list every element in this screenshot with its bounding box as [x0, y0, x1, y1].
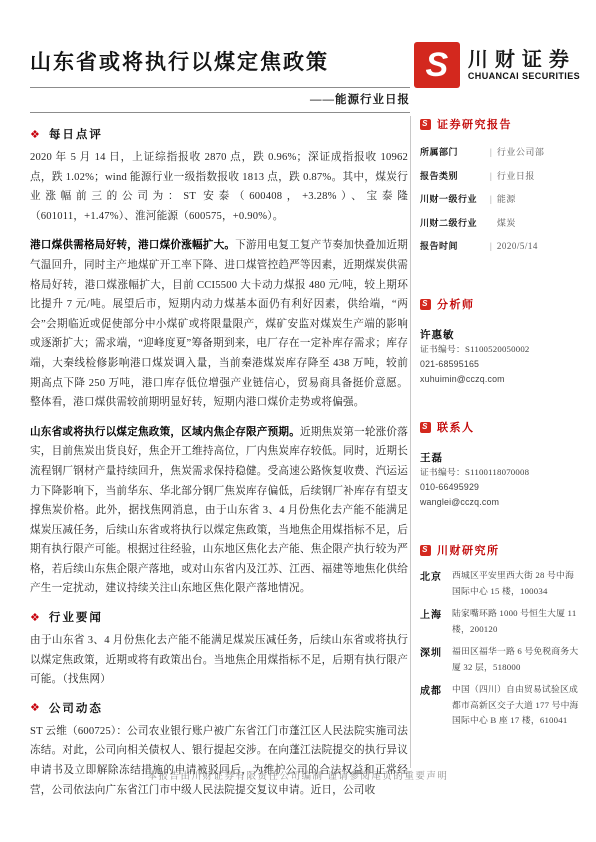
meta-value: 行业公司部 — [497, 145, 545, 158]
paragraph: 由于山东省 3、4 月份焦化去产能不能满足煤炭压减任务，后续山东省或将执行以煤定… — [30, 631, 408, 690]
meta-label: 川财二级行业 — [420, 216, 490, 229]
analyst-phone: 021-68595165 — [420, 357, 582, 372]
sidebar-badge-heading: S 证券研究报告 — [420, 116, 582, 132]
analyst-email: xuhuimin@cczq.com — [420, 372, 582, 387]
analyst-cert: 证书编号：S1100520050002 — [420, 342, 582, 357]
meta-row: 报告时间 | 2020/5/14 — [420, 239, 582, 252]
chuancai-mini-logo-icon: S — [420, 545, 431, 556]
main-content-column: ❖ 每日点评 2020 年 5 月 14 日，上证综指报收 2870 点，跌 0… — [30, 116, 408, 810]
contact-name: 王磊 — [420, 450, 582, 465]
report-page: 山东省或将执行以煤定焦政策 S 川财证券 CHUANCAI SECURITIES… — [0, 0, 596, 842]
paragraph-text: 下游用电复工复产节奏加快叠加近期气温回升，同时主产地煤矿开工率下降、进口煤管控趋… — [30, 240, 408, 408]
meta-value: 能源 — [497, 192, 516, 205]
brand-logo: S 川财证券 CHUANCAI SECURITIES — [414, 42, 580, 88]
report-section: ❖ 公司动态 ST 云维（600725）：公司农业银行账户被广东省江门市蓬江区人… — [30, 700, 408, 800]
page-title: 山东省或将执行以煤定焦政策 — [30, 46, 329, 76]
meta-value: 行业日报 — [497, 169, 535, 182]
section-heading: ❖ 每日点评 — [30, 126, 408, 142]
contact-card: 王磊 证书编号：S1100118070008 010-66495929 wang… — [420, 450, 582, 510]
meta-divider: | — [490, 147, 492, 157]
section-heading-label: 行业要闻 — [49, 609, 103, 625]
office-row: 深圳 福田区福华一路 6 号免税商务大厦 32 层，518000 — [420, 644, 582, 675]
contact-heading: S 联系人 — [420, 419, 582, 435]
meta-value: 2020/5/14 — [497, 241, 538, 251]
contact-heading-label: 联系人 — [437, 419, 475, 435]
paragraph: 港口煤供需格局好转，港口煤价涨幅扩大。下游用电复工复产节奏加快叠加近期气温回升，… — [30, 236, 408, 412]
contact-list: 王磊 证书编号：S1100118070008 010-66495929 wang… — [420, 450, 582, 510]
office-address: 中国（四川）自由贸易试验区成都市高新区交子大道 177 号中海国际中心 B 座 … — [452, 682, 582, 729]
analyst-card: 许惠敏 证书编号：S1100520050002 021-68595165 xuh… — [420, 327, 582, 387]
header-rule-top — [30, 87, 410, 88]
office-row: 北京 西城区平安里西大街 28 号中海国际中心 15 楼，100034 — [420, 568, 582, 599]
report-section: ❖ 行业要闻 由于山东省 3、4 月份焦化去产能不能满足煤炭压减任务，后续山东省… — [30, 609, 408, 690]
footer-disclaimer: 本报告由川财证券有限责任公司编制 谨请参阅尾页的重要声明 — [0, 768, 596, 782]
office-city: 北京 — [420, 568, 452, 599]
office-list: 北京 西城区平安里西大街 28 号中海国际中心 15 楼，100034 上海 陆… — [420, 568, 582, 729]
office-address: 西城区平安里西大街 28 号中海国际中心 15 楼，100034 — [452, 568, 582, 599]
column-divider — [410, 116, 411, 768]
paragraph-text: 由于山东省 3、4 月份焦化去产能不能满足煤炭压减任务，后续山东省或将执行以煤定… — [30, 635, 408, 685]
chuancai-mini-logo-icon: S — [420, 119, 431, 130]
contact-phone: 010-66495929 — [420, 480, 582, 495]
paragraph-lead: 港口煤供需格局好转，港口煤价涨幅扩大。 — [30, 240, 235, 251]
office-city: 上海 — [420, 606, 452, 637]
chuancai-mini-logo-icon: S — [420, 299, 431, 310]
meta-divider: | — [490, 241, 492, 251]
meta-divider: | — [490, 194, 492, 204]
paragraph-text: 2020 年 5 月 14 日，上证综指报收 2870 点，跌 0.96%；深证… — [30, 152, 408, 222]
office-city: 成都 — [420, 682, 452, 729]
chuancai-logo-icon: S — [414, 42, 460, 88]
paragraph-text: ST 云维（600725）：公司农业银行账户被广东省江门市蓬江区人民法院实施司法… — [30, 726, 408, 796]
brand-name-cn: 川财证券 — [468, 49, 580, 71]
paragraph: 2020 年 5 月 14 日，上证综指报收 2870 点，跌 0.96%；深证… — [30, 148, 408, 226]
meta-label: 所属部门 — [420, 145, 490, 158]
meta-row: 川财一级行业 | 能源 — [420, 192, 582, 205]
sidebar: S 证券研究报告 所属部门 | 行业公司部 报告类别 | 行业日报 川财一级行业 — [420, 116, 582, 736]
report-section: ❖ 每日点评 2020 年 5 月 14 日，上证综指报收 2870 点，跌 0… — [30, 126, 408, 599]
office-address: 陆家嘴环路 1000 号恒生大厦 11 楼，200120 — [452, 606, 582, 637]
office-address: 福田区福华一路 6 号免税商务大厦 32 层，518000 — [452, 644, 582, 675]
section-heading: ❖ 行业要闻 — [30, 609, 408, 625]
meta-divider: | — [490, 171, 492, 181]
section-heading: ❖ 公司动态 — [30, 700, 408, 716]
research-office-heading: S 川财研究所 — [420, 542, 582, 558]
report-meta-list: 所属部门 | 行业公司部 报告类别 | 行业日报 川财一级行业 | 能源 — [420, 145, 582, 252]
badge-label: 证券研究报告 — [437, 116, 512, 132]
diamond-bullet-icon: ❖ — [30, 129, 40, 140]
header-rule-bottom — [30, 112, 410, 113]
chuancai-mini-logo-icon: S — [420, 422, 431, 433]
contact-email: wanglei@cczq.com — [420, 495, 582, 510]
paragraph: 山东省或将执行以煤定焦政策，区域内焦企存限产预期。近期焦炭第一轮涨价落实，目前焦… — [30, 423, 408, 599]
office-row: 成都 中国（四川）自由贸易试验区成都市高新区交子大道 177 号中海国际中心 B… — [420, 682, 582, 729]
section-body: 2020 年 5 月 14 日，上证综指报收 2870 点，跌 0.96%；深证… — [30, 148, 408, 599]
meta-value: 煤炭 — [497, 216, 516, 229]
office-row: 上海 陆家嘴环路 1000 号恒生大厦 11 楼，200120 — [420, 606, 582, 637]
meta-row: 所属部门 | 行业公司部 — [420, 145, 582, 158]
research-office-heading-label: 川财研究所 — [437, 542, 500, 558]
paragraph: ST 云维（600725）：公司农业银行账户被广东省江门市蓬江区人民法院实施司法… — [30, 722, 408, 800]
analyst-heading: S 分析师 — [420, 296, 582, 312]
section-body: 由于山东省 3、4 月份焦化去产能不能满足煤炭压减任务，后续山东省或将执行以煤定… — [30, 631, 408, 690]
brand-text: 川财证券 CHUANCAI SECURITIES — [468, 49, 580, 81]
meta-label: 报告时间 — [420, 239, 490, 252]
contact-cert: 证书编号：S1100118070008 — [420, 465, 582, 480]
analyst-name: 许惠敏 — [420, 327, 582, 342]
section-heading-label: 公司动态 — [49, 700, 103, 716]
section-heading-label: 每日点评 — [49, 126, 103, 142]
meta-label: 川财一级行业 — [420, 192, 490, 205]
report-series-subtitle: ——能源行业日报 — [30, 91, 410, 107]
paragraph-lead: 山东省或将执行以煤定焦政策，区域内焦企存限产预期。 — [30, 427, 300, 438]
meta-row: 川财二级行业 | 煤炭 — [420, 216, 582, 229]
analyst-list: 许惠敏 证书编号：S1100520050002 021-68595165 xuh… — [420, 327, 582, 387]
meta-label: 报告类别 — [420, 169, 490, 182]
analyst-heading-label: 分析师 — [437, 296, 475, 312]
office-city: 深圳 — [420, 644, 452, 675]
brand-name-en: CHUANCAI SECURITIES — [468, 71, 580, 81]
diamond-bullet-icon: ❖ — [30, 702, 40, 713]
meta-row: 报告类别 | 行业日报 — [420, 169, 582, 182]
paragraph-text: 近期焦炭第一轮涨价落实，目前焦炭出货良好，焦企开工维持高位，厂内焦炭库存较低。同… — [30, 427, 408, 595]
diamond-bullet-icon: ❖ — [30, 612, 40, 623]
section-body: ST 云维（600725）：公司农业银行账户被广东省江门市蓬江区人民法院实施司法… — [30, 722, 408, 800]
